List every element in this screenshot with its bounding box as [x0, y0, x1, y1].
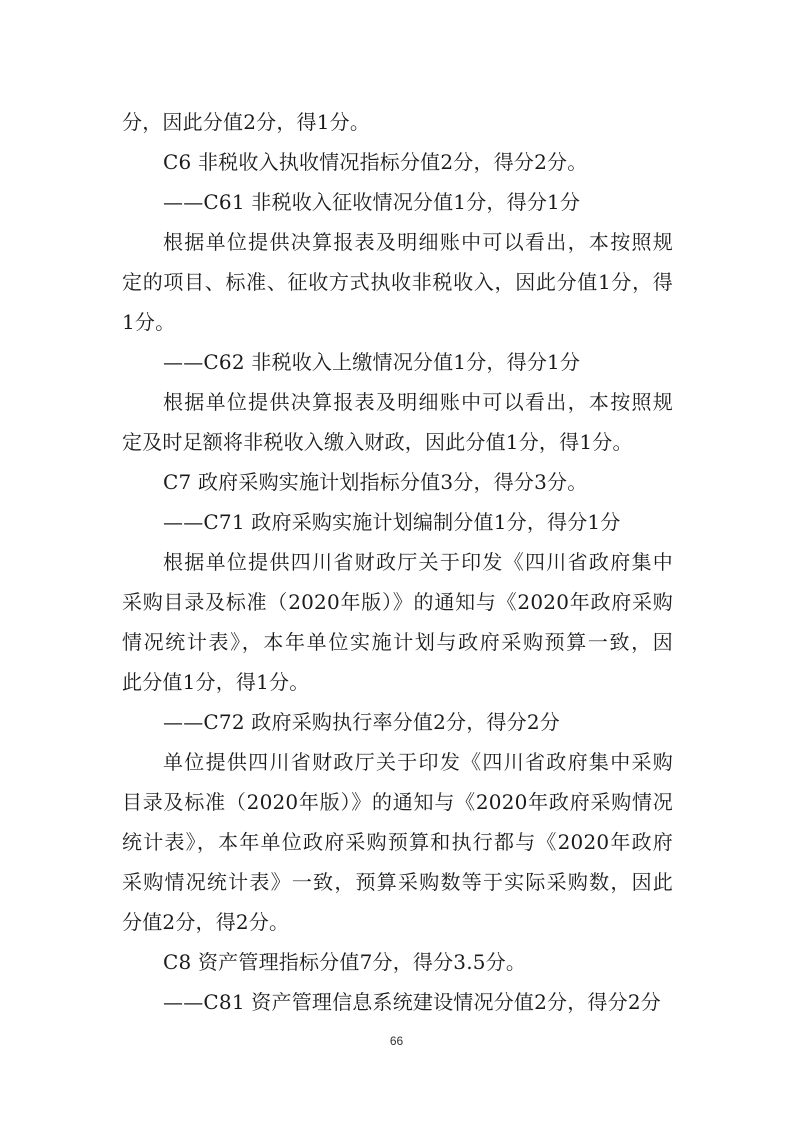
text-line: 定及时足额将非税收入缴入财政，因此分值1分，得1分。 — [122, 428, 633, 456]
text-line: 统计表》，本年单位政府采购预算和执行都与《2020年政府 — [122, 828, 673, 856]
document-page: 分，因此分值2分，得1分。 C6 非税收入执收情况指标分值2分，得分2分。 ——… — [0, 0, 793, 1122]
text-line: 情况统计表》，本年单位实施计划与政府采购预算一致，因 — [122, 628, 673, 656]
page-number: 66 — [0, 1034, 793, 1048]
text-line: 此分值1分，得1分。 — [122, 668, 309, 696]
text-line: 定的项目、标准、征收方式执收非税收入，因此分值1分，得 — [122, 268, 673, 296]
subsection-heading-c61: ——C61 非税收入征收情况分值1分，得分1分 — [163, 188, 580, 216]
text-line: 分，因此分值2分，得1分。 — [122, 108, 370, 136]
section-heading-c8: C8 资产管理指标分值7分，得分3.5分。 — [163, 948, 526, 976]
subsection-heading-c62: ——C62 非税收入上缴情况分值1分，得分1分 — [163, 348, 580, 376]
section-heading-c7: C7 政府采购实施计划指标分值3分，得分3分。 — [163, 468, 587, 496]
text-line: 采购情况统计表》一致，预算采购数等于实际采购数，因此 — [122, 868, 673, 896]
subsection-heading-c71: ——C71 政府采购实施计划编制分值1分，得分1分 — [163, 508, 621, 536]
text-line: 根据单位提供决算报表及明细账中可以看出，本按照规 — [163, 228, 673, 256]
text-line: 采购目录及标准（2020年版）》的通知与《2020年政府采购 — [122, 588, 673, 616]
text-line: 1分。 — [122, 308, 175, 336]
text-line: 分值2分，得2分。 — [122, 908, 289, 936]
subsection-heading-c72: ——C72 政府采购执行率分值2分，得分2分 — [163, 708, 560, 736]
text-line: 根据单位提供决算报表及明细账中可以看出，本按照规 — [163, 388, 673, 416]
text-line: 目录及标准（2020年版）》的通知与《2020年政府采购情况 — [122, 788, 673, 816]
subsection-heading-c81: ——C81 资产管理信息系统建设情况分值2分，得分2分 — [163, 988, 661, 1016]
text-line: 单位提供四川省财政厅关于印发《四川省政府集中采购 — [163, 748, 673, 776]
text-line: 根据单位提供四川省财政厅关于印发《四川省政府集中 — [163, 548, 673, 576]
section-heading-c6: C6 非税收入执收情况指标分值2分，得分2分。 — [163, 148, 587, 176]
